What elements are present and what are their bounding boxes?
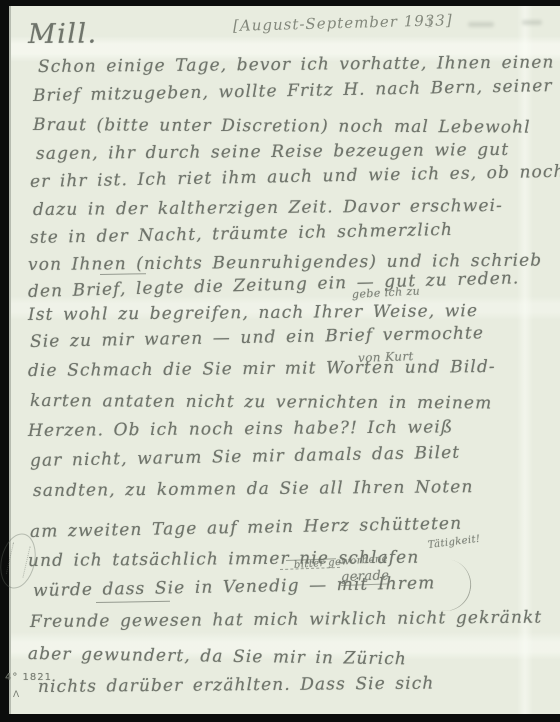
- shelfmark-note: 4° 1821: [5, 672, 52, 683]
- letter-scan: [August-September 1933] 1 Mill. Schon ei…: [0, 0, 560, 722]
- letter-line: Herzen. Ob ich noch eins habe?! Ich weiß: [28, 418, 453, 440]
- letter-line: sandten, zu kommen da Sie all Ihren Note…: [33, 478, 474, 501]
- library-stamp-detail: [6, 542, 31, 577]
- pencil-smudge: [468, 22, 494, 27]
- letter-line: dazu in der kaltherzigen Zeit. Davor ers…: [33, 197, 503, 220]
- letter-line: die Schmach die Sie mir mit Worten und B…: [28, 358, 496, 381]
- salutation: Mill.: [28, 19, 98, 49]
- letter-line: nichts darüber erzählten. Dass Sie sich: [38, 675, 435, 697]
- letter-line: Ist wohl zu begreifen, nach Ihrer Weise,…: [28, 302, 478, 325]
- interlinear-insertion: gerade: [341, 568, 390, 586]
- pencil-smudge: [522, 20, 542, 25]
- letter-line: karten antaten nicht zu vernichten in me…: [30, 392, 492, 413]
- letter-line: sagen, ihr durch seine Reise bezeugen wi…: [36, 141, 509, 164]
- letter-line: Braut (bitte unter Discretion) noch mal …: [33, 116, 531, 137]
- margin-caret-mark: Λ: [13, 690, 19, 700]
- interlinear-insertion: von Kurt: [358, 349, 414, 365]
